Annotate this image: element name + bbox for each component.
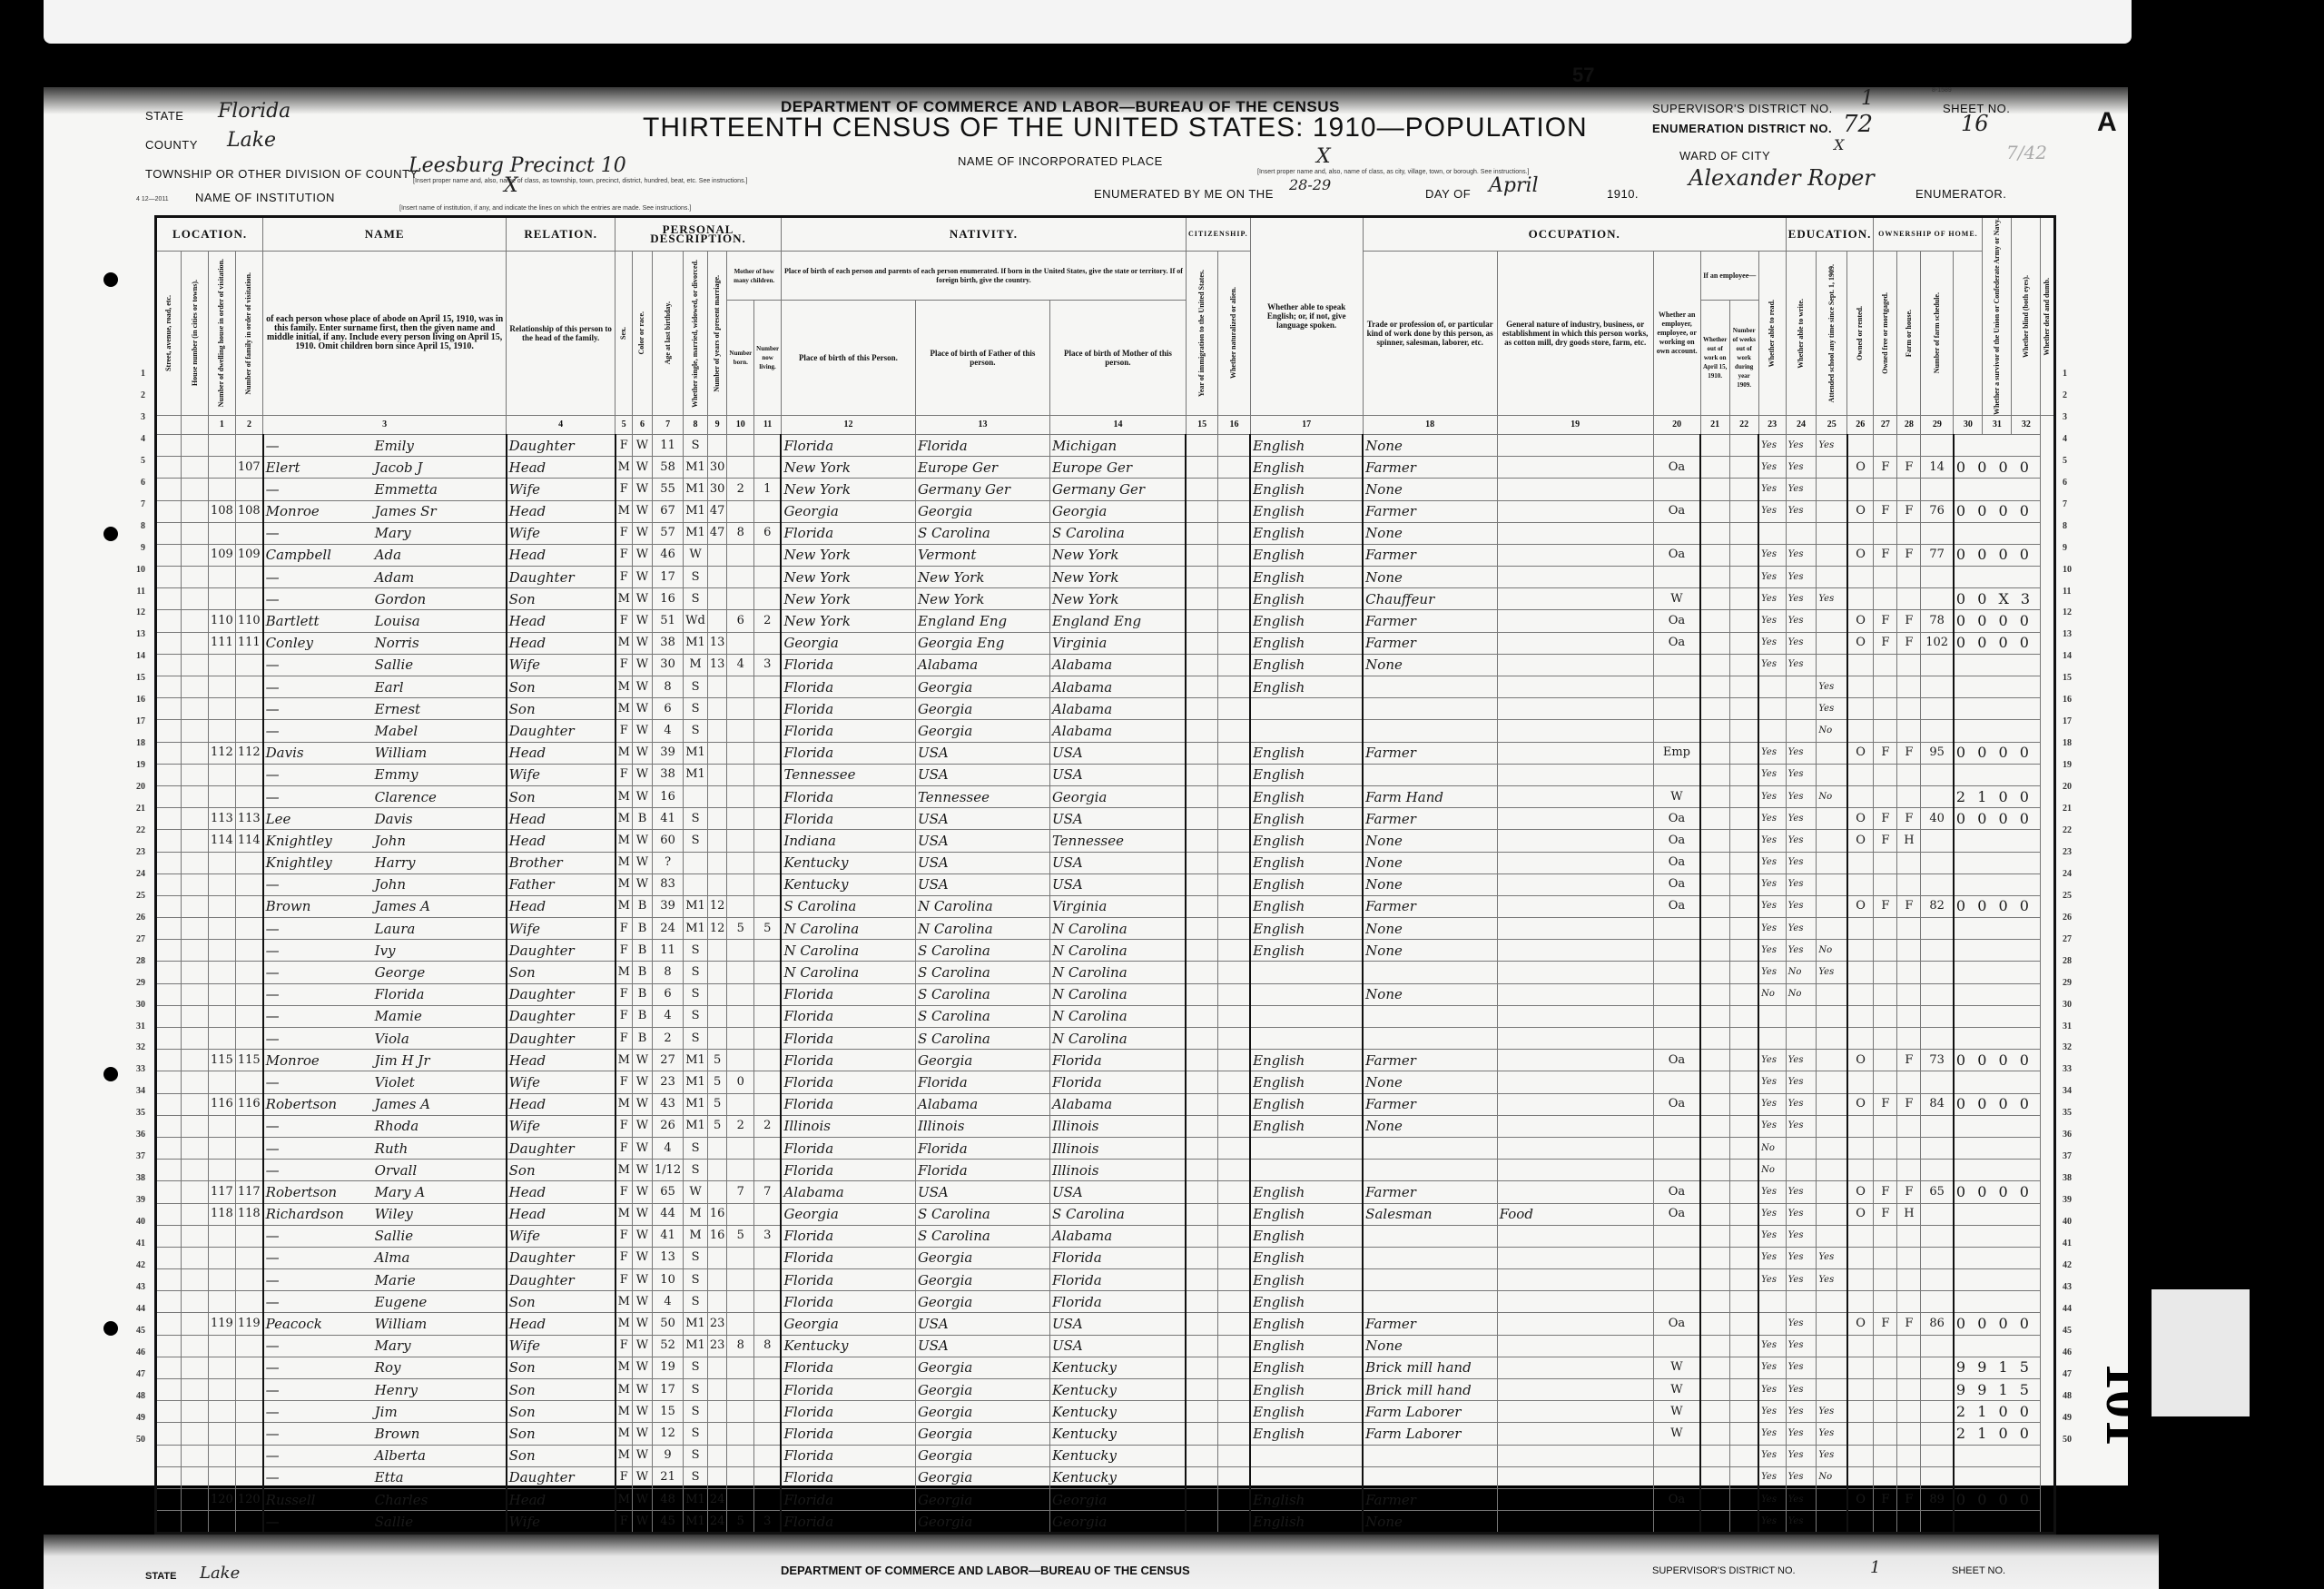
write-cell: Yes — [1786, 785, 1817, 807]
trade-cell: None — [1363, 522, 1497, 544]
birthplace-cell: Florida — [781, 1137, 915, 1159]
surname: — — [266, 589, 375, 609]
relation-cell: Son — [507, 1379, 615, 1401]
house-cell — [182, 1401, 209, 1423]
weeks-out-cell — [1729, 1466, 1758, 1488]
immigration-year-cell — [1186, 1225, 1217, 1247]
house-cell — [182, 873, 209, 895]
out-of-work-cell — [1700, 1357, 1729, 1378]
years-married-cell: 30 — [707, 479, 727, 500]
write-cell — [1786, 720, 1817, 742]
race-cell: W — [632, 1357, 652, 1378]
immigration-year-cell — [1186, 1071, 1217, 1093]
free-mortgaged-cell — [1874, 1423, 1897, 1445]
relation-cell: Son — [507, 1423, 615, 1445]
trade-cell: None — [1363, 1335, 1497, 1357]
employer-status-cell — [1653, 1247, 1700, 1268]
colnum: 26 — [1847, 415, 1874, 434]
years-married-cell: 5 — [707, 1093, 727, 1115]
month-value: April — [1489, 174, 1539, 197]
col13-header: Place of birth of Father of this person. — [915, 301, 1049, 416]
read-cell: Yes — [1758, 500, 1786, 522]
industry-cell — [1497, 742, 1653, 764]
mother-birthplace-cell: Alabama — [1049, 698, 1186, 720]
out-of-work-cell — [1700, 1115, 1729, 1137]
house-cell — [182, 610, 209, 632]
birthplace-cell: Kentucky — [781, 1335, 915, 1357]
marital-status-cell — [684, 873, 708, 895]
line-number-right: 24 — [2063, 869, 2072, 879]
industry-cell — [1497, 1137, 1653, 1159]
farm-schedule-cell — [1921, 676, 1954, 698]
immigration-year-cell — [1186, 1203, 1217, 1225]
farm-house-cell — [1897, 676, 1921, 698]
out-of-work-cell — [1700, 522, 1729, 544]
write-cell: Yes — [1786, 544, 1817, 566]
marital-status-cell: S — [684, 588, 708, 610]
out-of-work-cell — [1700, 610, 1729, 632]
race-cell: W — [632, 632, 652, 654]
house-cell — [182, 1028, 209, 1050]
surname: — — [266, 721, 375, 741]
table-row: —GordonSonMW16SNew YorkNew YorkNew YorkE… — [156, 588, 2055, 610]
col21-header: Whether out of work on April 15, 1910. — [1700, 301, 1729, 416]
col-house-header: House number (in cities or towns). — [182, 252, 209, 416]
free-mortgaged-cell — [1874, 1401, 1897, 1423]
surname: Conley — [266, 633, 375, 653]
given-name: Jim — [375, 1404, 398, 1420]
name-cell: —Gordon — [263, 588, 507, 610]
farm-schedule-cell — [1921, 1291, 1954, 1313]
marital-status-cell: S — [684, 940, 708, 962]
marital-status-cell: M1 — [684, 457, 708, 479]
punch-hole — [103, 1321, 118, 1336]
weeks-out-cell — [1729, 544, 1758, 566]
industry-cell — [1497, 434, 1653, 456]
line-number-right: 37 — [2063, 1151, 2072, 1161]
sex-cell: M — [615, 852, 633, 873]
children-born-cell — [727, 1423, 754, 1445]
children-living-cell — [754, 1466, 782, 1488]
margin-note: 7/42 — [2006, 142, 2047, 163]
out-of-work-cell — [1700, 1093, 1729, 1115]
owned-rented-cell — [1847, 479, 1874, 500]
employer-status-cell — [1653, 983, 1700, 1005]
surname: — — [266, 1512, 375, 1532]
years-married-cell — [707, 1423, 727, 1445]
father-birthplace-cell: Georgia — [915, 1269, 1049, 1291]
school-cell: Yes — [1817, 1401, 1847, 1423]
father-birthplace-cell: Florida — [915, 1137, 1049, 1159]
trade-cell — [1363, 676, 1497, 698]
table-row: —BrownSonMW12SFloridaGeorgiaKentuckyEngl… — [156, 1423, 2055, 1445]
given-name: Emmetta — [375, 481, 438, 498]
family-number-cell — [235, 918, 262, 940]
codes-cell: 0 0 0 0 — [1954, 1093, 2041, 1115]
given-name: Alberta — [375, 1447, 426, 1464]
language-cell: English — [1250, 1423, 1363, 1445]
children-born-cell — [727, 1160, 754, 1181]
free-mortgaged-cell: F — [1874, 1181, 1897, 1203]
language-cell: English — [1250, 588, 1363, 610]
relation-cell: Father — [507, 873, 615, 895]
birthplace-cell: Kentucky — [781, 873, 915, 895]
school-cell — [1817, 1160, 1847, 1181]
group-name: NAME — [263, 217, 507, 252]
line-number-right: 30 — [2063, 1000, 2072, 1010]
years-married-cell — [707, 1269, 727, 1291]
father-birthplace-cell: Georgia — [915, 1379, 1049, 1401]
free-mortgaged-cell — [1874, 1050, 1897, 1071]
trade-cell — [1363, 1225, 1497, 1247]
marital-status-cell: M — [684, 1225, 708, 1247]
race-cell: B — [632, 918, 652, 940]
codes-cell: 0 0 0 0 — [1954, 895, 2041, 917]
codes-cell — [1954, 1511, 2041, 1534]
farm-schedule-cell — [1921, 1247, 1954, 1268]
codes-cell — [1954, 983, 2041, 1005]
weeks-out-cell — [1729, 1137, 1758, 1159]
farm-house-cell — [1897, 918, 1921, 940]
weeks-out-cell — [1729, 983, 1758, 1005]
line-number-right: 5 — [2063, 456, 2067, 466]
name-cell: —Mary — [263, 1335, 507, 1357]
free-mortgaged-cell — [1874, 654, 1897, 676]
year-value: 1910. — [1607, 187, 1639, 201]
line-number-left: 28 — [127, 956, 145, 966]
owned-rented-cell: O — [1847, 457, 1874, 479]
employer-status-cell — [1653, 479, 1700, 500]
out-of-work-cell — [1700, 676, 1729, 698]
school-cell: Yes — [1817, 676, 1847, 698]
farm-house-cell — [1897, 1379, 1921, 1401]
dwelling-number-cell — [209, 1160, 236, 1181]
family-number-cell: 118 — [235, 1203, 262, 1225]
industry-cell — [1497, 1335, 1653, 1357]
employer-status-cell — [1653, 1225, 1700, 1247]
codes-cell: 0 0 0 0 — [1954, 1313, 2041, 1335]
dwelling-number-cell — [209, 698, 236, 720]
marital-status-cell: S — [684, 1291, 708, 1313]
given-name: Sallie — [375, 656, 414, 673]
farm-schedule-cell — [1921, 1137, 1954, 1159]
father-birthplace-cell: S Carolina — [915, 1028, 1049, 1050]
naturalized-cell — [1218, 654, 1250, 676]
write-cell — [1786, 1005, 1817, 1027]
weeks-out-cell — [1729, 1357, 1758, 1378]
mother-birthplace-cell: Georgia — [1049, 1511, 1186, 1534]
trade-cell — [1363, 1005, 1497, 1027]
name-cell: RichardsonWiley — [263, 1203, 507, 1225]
years-married-cell: 13 — [707, 632, 727, 654]
father-birthplace-cell: Georgia Eng — [915, 632, 1049, 654]
line-number-right: 46 — [2063, 1347, 2072, 1357]
line-number-left: 6 — [127, 478, 145, 488]
children-born-cell — [727, 1401, 754, 1423]
sex-cell: F — [615, 764, 633, 785]
house-cell — [182, 1466, 209, 1488]
surname: Robertson — [266, 1182, 375, 1202]
race-cell: W — [632, 742, 652, 764]
industry-cell — [1497, 1401, 1653, 1423]
surname: — — [266, 1248, 375, 1268]
farm-schedule-cell — [1921, 588, 1954, 610]
surname: Bartlett — [266, 611, 375, 631]
age-cell: 19 — [652, 1357, 683, 1378]
industry-cell — [1497, 1445, 1653, 1466]
out-of-work-cell — [1700, 873, 1729, 895]
naturalized-cell — [1218, 1379, 1250, 1401]
out-of-work-cell — [1700, 698, 1729, 720]
industry-cell — [1497, 1357, 1653, 1378]
street-cell — [156, 1423, 182, 1445]
relation-cell: Son — [507, 1160, 615, 1181]
language-cell: English — [1250, 676, 1363, 698]
house-cell — [182, 567, 209, 588]
language-cell — [1250, 1466, 1363, 1488]
surname: — — [266, 1446, 375, 1466]
age-cell: 27 — [652, 1050, 683, 1071]
race-cell: W — [632, 830, 652, 852]
school-cell: No — [1817, 785, 1847, 807]
family-number-cell — [235, 764, 262, 785]
school-cell — [1817, 479, 1847, 500]
line-number-right: 47 — [2063, 1369, 2072, 1379]
father-birthplace-cell: USA — [915, 1313, 1049, 1335]
codes-cell: 0 0 0 0 — [1954, 1181, 2041, 1203]
family-number-cell — [235, 873, 262, 895]
weeks-out-cell — [1729, 698, 1758, 720]
relation-cell: Son — [507, 698, 615, 720]
employer-status-cell: Oa — [1653, 1313, 1700, 1335]
colnum: 31 — [1983, 415, 2012, 434]
name-cell: —Ernest — [263, 698, 507, 720]
out-of-work-cell — [1700, 1291, 1729, 1313]
owned-rented-cell: O — [1847, 830, 1874, 852]
farm-house-cell — [1897, 1269, 1921, 1291]
language-cell: English — [1250, 434, 1363, 456]
name-cell: —Sallie — [263, 1225, 507, 1247]
years-married-cell — [707, 830, 727, 852]
name-cell: —Mamie — [263, 1005, 507, 1027]
years-married-cell — [707, 1379, 727, 1401]
industry-cell — [1497, 1005, 1653, 1027]
children-born-cell — [727, 1466, 754, 1488]
family-number-cell — [235, 698, 262, 720]
industry-cell — [1497, 1423, 1653, 1445]
birthplace-cell: Florida — [781, 1247, 915, 1268]
immigration-year-cell — [1186, 1488, 1217, 1510]
immigration-year-cell — [1186, 1511, 1217, 1534]
employer-status-cell — [1653, 434, 1700, 456]
codes-cell — [1954, 434, 2041, 456]
house-cell — [182, 588, 209, 610]
house-cell — [182, 1335, 209, 1357]
mother-birthplace-cell: Alabama — [1049, 720, 1186, 742]
mother-birthplace-cell: Illinois — [1049, 1137, 1186, 1159]
out-of-work-cell — [1700, 1423, 1729, 1445]
owned-rented-cell — [1847, 567, 1874, 588]
industry-cell — [1497, 764, 1653, 785]
table-row: 114114KnightleyJohnHeadMW60SIndianaUSATe… — [156, 830, 2055, 852]
dwelling-number-cell: 117 — [209, 1181, 236, 1203]
sex-cell: F — [615, 1071, 633, 1093]
read-cell: Yes — [1758, 1093, 1786, 1115]
read-cell: Yes — [1758, 1335, 1786, 1357]
marital-status-cell: M1 — [684, 1071, 708, 1093]
free-mortgaged-cell: F — [1874, 500, 1897, 522]
owned-rented-cell — [1847, 764, 1874, 785]
colnum: 1 — [209, 415, 236, 434]
weeks-out-cell — [1729, 676, 1758, 698]
line-number-right: 26 — [2063, 913, 2072, 923]
farm-house-cell — [1897, 1511, 1921, 1534]
birthplace-cell: Georgia — [781, 632, 915, 654]
birthplace-cell: S Carolina — [781, 895, 915, 917]
birthplace-cell: Florida — [781, 1269, 915, 1291]
street-cell — [156, 785, 182, 807]
language-cell — [1250, 1005, 1363, 1027]
line-number-right: 28 — [2063, 956, 2072, 966]
family-number-cell — [235, 567, 262, 588]
family-number-cell — [235, 1445, 262, 1466]
employer-status-cell: Oa — [1653, 852, 1700, 873]
owned-rented-cell — [1847, 1115, 1874, 1137]
write-cell: Yes — [1786, 1093, 1817, 1115]
write-cell — [1786, 1291, 1817, 1313]
relation-cell: Daughter — [507, 720, 615, 742]
farm-schedule-cell — [1921, 940, 1954, 962]
table-row: —EugeneSonMW4SFloridaGeorgiaFloridaEngli… — [156, 1291, 2055, 1313]
free-mortgaged-cell — [1874, 1466, 1897, 1488]
street-cell — [156, 544, 182, 566]
farm-house-cell — [1897, 1423, 1921, 1445]
owned-rented-cell — [1847, 522, 1874, 544]
codes-cell: 0 0 0 0 — [1954, 742, 2041, 764]
dwelling-number-cell — [209, 1511, 236, 1534]
employer-status-cell — [1653, 1511, 1700, 1534]
out-of-work-cell — [1700, 940, 1729, 962]
mother-birthplace-cell: Georgia — [1049, 500, 1186, 522]
race-cell: W — [632, 1115, 652, 1137]
mother-birthplace-cell: USA — [1049, 873, 1186, 895]
father-birthplace-cell: Georgia — [915, 1247, 1049, 1268]
birthplace-cell: Florida — [781, 983, 915, 1005]
relation-cell: Wife — [507, 522, 615, 544]
house-cell — [182, 1160, 209, 1181]
family-number-cell — [235, 1357, 262, 1378]
farm-house-cell — [1897, 1160, 1921, 1181]
surname: — — [266, 1029, 375, 1049]
free-mortgaged-cell — [1874, 940, 1897, 962]
birthplace-cell: Florida — [781, 1488, 915, 1510]
line-number-left: 41 — [127, 1239, 145, 1248]
naturalized-cell — [1218, 1115, 1250, 1137]
write-cell: Yes — [1786, 654, 1817, 676]
years-married-cell — [707, 1181, 727, 1203]
write-cell: Yes — [1786, 764, 1817, 785]
sex-cell: F — [615, 918, 633, 940]
group-occupation: OCCUPATION. — [1363, 217, 1786, 252]
sex-cell: M — [615, 1050, 633, 1071]
weeks-out-cell — [1729, 588, 1758, 610]
relation-cell: Son — [507, 962, 615, 983]
line-number-left: 46 — [127, 1347, 145, 1357]
age-cell: 1/12 — [652, 1160, 683, 1181]
owned-rented-cell — [1847, 1291, 1874, 1313]
given-name: Etta — [375, 1469, 404, 1485]
table-row: BrownJames AHeadMB39M112S CarolinaN Caro… — [156, 895, 2055, 917]
language-cell: English — [1250, 873, 1363, 895]
marital-status-cell: S — [684, 1005, 708, 1027]
years-married-cell: 30 — [707, 457, 727, 479]
out-of-work-cell — [1700, 1137, 1729, 1159]
line-number-left: 23 — [127, 847, 145, 857]
children-living-cell — [754, 1445, 782, 1466]
dwelling-number-cell — [209, 1137, 236, 1159]
col22-header: Number of weeks out of work during year … — [1729, 301, 1758, 416]
free-mortgaged-cell — [1874, 1005, 1897, 1027]
marital-status-cell: S — [684, 1423, 708, 1445]
birthplace-cell: Florida — [781, 1225, 915, 1247]
given-name: Laura — [375, 921, 416, 937]
family-number-cell — [235, 1401, 262, 1423]
language-cell: English — [1250, 1335, 1363, 1357]
children-living-cell — [754, 588, 782, 610]
colnum: 11 — [754, 415, 782, 434]
owned-rented-cell: O — [1847, 1181, 1874, 1203]
house-cell — [182, 1181, 209, 1203]
codes-cell — [1954, 567, 2041, 588]
given-name: Jacob J — [375, 459, 423, 476]
mother-birthplace-cell: Florida — [1049, 1071, 1186, 1093]
given-name: George — [375, 964, 426, 981]
age-cell: 65 — [652, 1181, 683, 1203]
language-cell: English — [1250, 1225, 1363, 1247]
line-number-right: 41 — [2063, 1239, 2072, 1248]
out-of-work-cell — [1700, 1160, 1729, 1181]
employer-status-cell — [1653, 720, 1700, 742]
family-number-cell — [235, 1466, 262, 1488]
name-cell: —Ivy — [263, 940, 507, 962]
read-cell: Yes — [1758, 1269, 1786, 1291]
house-cell — [182, 544, 209, 566]
farm-house-cell — [1897, 873, 1921, 895]
race-cell: W — [632, 434, 652, 456]
col3-header: of each person whose place of abode on A… — [263, 252, 507, 416]
mother-birthplace-cell: Illinois — [1049, 1160, 1186, 1181]
father-birthplace-cell: Georgia — [915, 1511, 1049, 1534]
col17-header: Whether able to speak English; or, if no… — [1250, 217, 1363, 416]
write-cell — [1786, 522, 1817, 544]
surname: — — [266, 765, 375, 785]
given-name: Emmy — [375, 766, 419, 783]
industry-cell — [1497, 1050, 1653, 1071]
children-living-cell — [754, 852, 782, 873]
owned-rented-cell — [1847, 962, 1874, 983]
age-cell: 38 — [652, 764, 683, 785]
free-mortgaged-cell — [1874, 983, 1897, 1005]
farm-schedule-cell — [1921, 1160, 1954, 1181]
house-cell — [182, 522, 209, 544]
farm-house-cell — [1897, 962, 1921, 983]
father-birthplace-cell: Alabama — [915, 1093, 1049, 1115]
table-row: KnightleyHarryBrotherMW?KentuckyUSAUSAEn… — [156, 852, 2055, 873]
weeks-out-cell — [1729, 1247, 1758, 1268]
employer-status-cell — [1653, 962, 1700, 983]
marital-status-cell: M — [684, 654, 708, 676]
birthplace-cell: Florida — [781, 698, 915, 720]
